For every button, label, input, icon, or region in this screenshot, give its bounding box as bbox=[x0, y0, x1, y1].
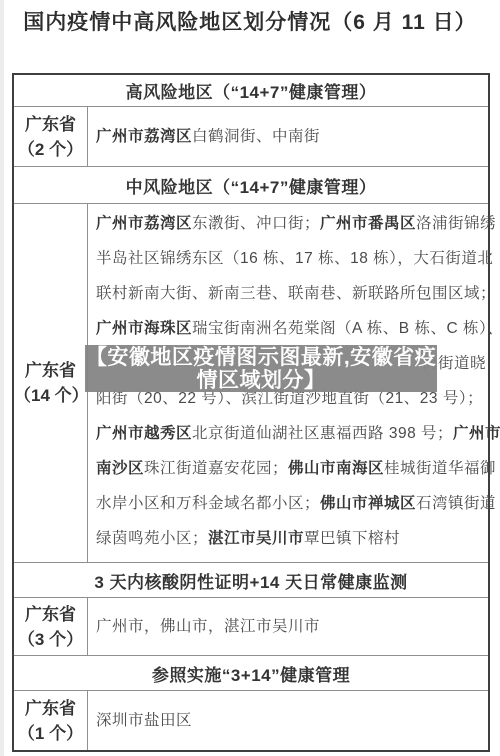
city-district-name: 广州市海珠区 bbox=[96, 320, 192, 337]
city-district-name: 广州市番禺区 bbox=[320, 215, 416, 232]
area-text-line: 联村新南大街、新南三巷、联南巷、新联路所包围区域； bbox=[96, 276, 480, 311]
city-district-name: 南沙区 bbox=[96, 460, 144, 477]
street-area-text: 北京街道仙湖社区惠福西路 398 号； bbox=[192, 425, 453, 442]
street-area-text: 覃巴镇下榕村 bbox=[304, 530, 400, 547]
area-list-cell: 广州市荔湾区白鹤洞街、中南街 bbox=[88, 107, 488, 166]
street-area-text: 阳街（20、22 号）、滨江街道沙地直街（21、23 号）； bbox=[96, 390, 483, 407]
street-area-text: 广州市，佛山市，湛江市吴川市 bbox=[96, 618, 320, 635]
street-area-text: 半岛社区锦绣东区（16 栋、17 栋、18 栋），大石街道北 bbox=[96, 250, 493, 267]
area-text-line: 绿茵鸣苑小区；湛江市吴川市覃巴镇下榕村 bbox=[96, 521, 480, 556]
area-text-line: 广州市越秀区北京街道仙湖社区惠福西路 398 号；广州市 bbox=[96, 416, 480, 451]
area-text-line: 半岛社区锦绣东区（16 栋、17 栋、18 栋），大石街道北 bbox=[96, 241, 480, 276]
row-high-risk-guangdong: 广东省 （2 个） 广州市荔湾区白鹤洞街、中南街 bbox=[14, 106, 488, 166]
province-cell: 广东省 （1 个） bbox=[14, 691, 88, 750]
risk-area-table: 高风险地区（“14+7”健康管理） 广东省 （2 个） 广州市荔湾区白鹤洞街、中… bbox=[12, 73, 490, 752]
area-text-line: 南沙区珠江街道嘉安花园；佛山市南海区桂城街道华福御 bbox=[96, 451, 480, 486]
article-screenshot: 国内疫情中高风险地区划分情况（6 月 11 日） 高风险地区（“14+7”健康管… bbox=[0, 0, 500, 756]
city-district-name: 广州市荔湾区 bbox=[96, 128, 192, 145]
city-district-name: 佛山市南海区 bbox=[288, 460, 384, 477]
street-area-text: 东漖街、冲口街； bbox=[192, 215, 320, 232]
watermark-line-1: 【安徽地区疫情图示图最新,安徽省疫 bbox=[86, 346, 436, 369]
area-list-cell: 广州市，佛山市，湛江市吴川市 bbox=[88, 598, 488, 655]
section-header-reference-314: 参照实施“3+14”健康管理 bbox=[14, 655, 488, 690]
area-text-line: 广州市荔湾区白鹤洞街、中南街 bbox=[96, 119, 480, 154]
province-name: 广东省 bbox=[25, 358, 76, 383]
street-area-text: 白鹤洞街、中南街 bbox=[192, 128, 320, 145]
street-area-text: 洛浦街锦绣 bbox=[416, 215, 496, 232]
watermark-line-2: 情区域划分】 bbox=[197, 369, 326, 392]
area-text-line: 广州市荔湾区东漖街、冲口街；广州市番禺区洛浦街锦绣 bbox=[96, 206, 480, 241]
city-district-name: 佛山市禅城区 bbox=[320, 495, 416, 512]
street-area-text: 瑞宝街南洲名苑棠阁（A 栋、B 栋、C 栋）、 bbox=[192, 320, 500, 337]
province-count: （2 个） bbox=[18, 137, 83, 162]
street-area-text: 深圳市盐田区 bbox=[96, 712, 192, 729]
city-district-name: 湛江市吴川市 bbox=[208, 530, 304, 547]
page-title: 国内疫情中高风险地区划分情况（6 月 11 日） bbox=[0, 6, 500, 36]
area-text-line: 深圳市盐田区 bbox=[96, 703, 480, 738]
street-area-text: 石湾镇街道 bbox=[416, 495, 496, 512]
area-text-line: 广州市海珠区瑞宝街南洲名苑棠阁（A 栋、B 栋、C 栋）、 bbox=[96, 311, 480, 346]
province-name: 广东省 bbox=[25, 112, 76, 137]
street-area-text: 联村新南大街、新南三巷、联南巷、新联路所包围区域； bbox=[96, 285, 496, 302]
province-count: （1 个） bbox=[18, 721, 83, 746]
city-district-name: 广州市 bbox=[453, 425, 500, 442]
area-text-line: 水岸小区和万科金域名都小区；佛山市禅城区石湾镇街道 bbox=[96, 486, 480, 521]
province-cell: 广东省 （3 个） bbox=[14, 598, 88, 655]
row-nucleic-acid-guangdong: 广东省 （3 个） 广州市，佛山市，湛江市吴川市 bbox=[14, 597, 488, 655]
street-area-text: 桂城街道华福御 bbox=[384, 460, 496, 477]
province-cell: 广东省 （14 个） bbox=[14, 204, 88, 562]
street-area-text: 水岸小区和万科金域名都小区； bbox=[96, 495, 320, 512]
city-district-name: 广州市荔湾区 bbox=[96, 215, 192, 232]
province-cell: 广东省 （2 个） bbox=[14, 107, 88, 166]
area-text-line: 广州市，佛山市，湛江市吴川市 bbox=[96, 609, 480, 644]
area-list-cell: 深圳市盐田区 bbox=[88, 691, 488, 750]
left-edge-strip bbox=[0, 0, 4, 756]
section-header-high-risk: 高风险地区（“14+7”健康管理） bbox=[14, 75, 488, 106]
section-header-medium-risk: 中风险地区（“14+7”健康管理） bbox=[14, 166, 488, 203]
province-name: 广东省 bbox=[25, 602, 76, 627]
street-area-text: 珠江街道嘉安花园； bbox=[144, 460, 288, 477]
section-header-nucleic-acid: 3 天内核酸阴性证明+14 天日常健康监测 bbox=[14, 562, 488, 597]
street-area-text: 绿茵鸣苑小区； bbox=[96, 530, 208, 547]
watermark-overlay: 【安徽地区疫情图示图最新,安徽省疫 情区域划分】 bbox=[85, 345, 437, 392]
city-district-name: 广州市越秀区 bbox=[96, 425, 192, 442]
province-count: （3 个） bbox=[18, 627, 83, 652]
province-count: （14 个） bbox=[14, 383, 87, 408]
row-reference-guangdong: 广东省 （1 个） 深圳市盐田区 bbox=[14, 690, 488, 750]
province-name: 广东省 bbox=[25, 696, 76, 721]
